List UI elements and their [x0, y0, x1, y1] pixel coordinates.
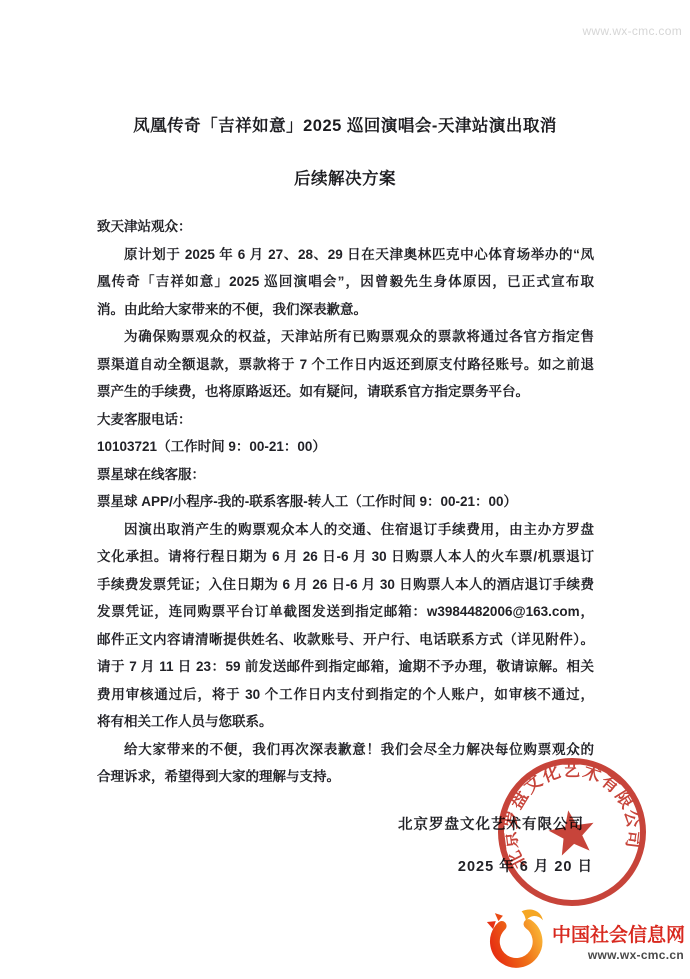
body-line: 请于 7 月 11 日 23：59 前发送邮件到指定邮箱，逾期不予办理，敬请谅解…: [97, 653, 594, 681]
document-page: www.wx-cmc.com 凤凰传奇「吉祥如意」2025 巡回演唱会-天津站演…: [0, 0, 690, 979]
body-line: 原计划于 2025 年 6 月 27、28、29 日在天津奥林匹克中心体育场举办…: [97, 241, 594, 269]
body-line: 文化承担。请将行程日期为 6 月 26 日-6 月 30 日购票人本人的火车票/…: [97, 543, 594, 571]
body-line: 票星球 APP/小程序-我的-联系客服-转人工（工作时间 9：00-21：00）: [97, 488, 594, 516]
body-line: 费用审核通过后，将于 30 个工作日内支付到指定的个人账户，如审核不通过，: [97, 681, 594, 709]
body-line: 票星球在线客服：: [97, 461, 594, 489]
body-line: 致天津站观众：: [97, 213, 594, 241]
body-line: 10103721（工作时间 9：00-21：00）: [97, 433, 594, 461]
body-line: 因演出取消产生的购票观众本人的交通、住宿退订手续费用，由主办方罗盘: [97, 516, 594, 544]
body-line: 将有相关工作人员与您联系。: [97, 708, 594, 736]
document-body: 致天津站观众：原计划于 2025 年 6 月 27、28、29 日在天津奥林匹克…: [97, 213, 594, 791]
company-seal: 北京罗盘文化艺术有限公司: [479, 739, 664, 924]
site-url: www.wx-cmc.cn: [552, 948, 684, 962]
document-title: 凤凰传奇「吉祥如意」2025 巡回演唱会-天津站演出取消: [0, 112, 690, 136]
phoenix-flame-icon: [486, 905, 550, 971]
site-name: 中国社会信息网: [552, 920, 684, 947]
body-line: 票产生的手续费，也将原路返还。如有疑问，请联系官方指定票务平台。: [97, 378, 594, 406]
document-subtitle: 后续解决方案: [0, 165, 690, 189]
body-line: 票渠道自动全额退款，票款将于 7 个工作日内返还到原支付路径账号。如之前退: [97, 351, 594, 379]
body-line: 凰传奇「吉祥如意」2025 巡回演唱会”，因曾毅先生身体原因，已正式宣布取: [97, 268, 594, 296]
body-line: 为确保购票观众的权益，天津站所有已购票观众的票款将通过各官方指定售: [97, 323, 594, 351]
body-line: 发票凭证，连同购票平台订单截图发送到指定邮箱：w3984482006@163.c…: [97, 598, 594, 626]
body-line: 消。由此给大家带来的不便，我们深表歉意。: [97, 296, 594, 324]
body-line: 大麦客服电话：: [97, 406, 594, 434]
site-logo: 中国社会信息网 www.wx-cmc.cn: [486, 903, 684, 973]
red-star-icon: [546, 806, 598, 857]
site-watermark: www.wx-cmc.com: [582, 24, 682, 38]
body-line: 邮件正文内容请清晰提供姓名、收款账号、开户行、电话联系方式（详见附件）。: [97, 626, 594, 654]
body-line: 手续费发票凭证；入住日期为 6 月 26 日-6 月 30 日购票人本人的酒店退…: [97, 571, 594, 599]
